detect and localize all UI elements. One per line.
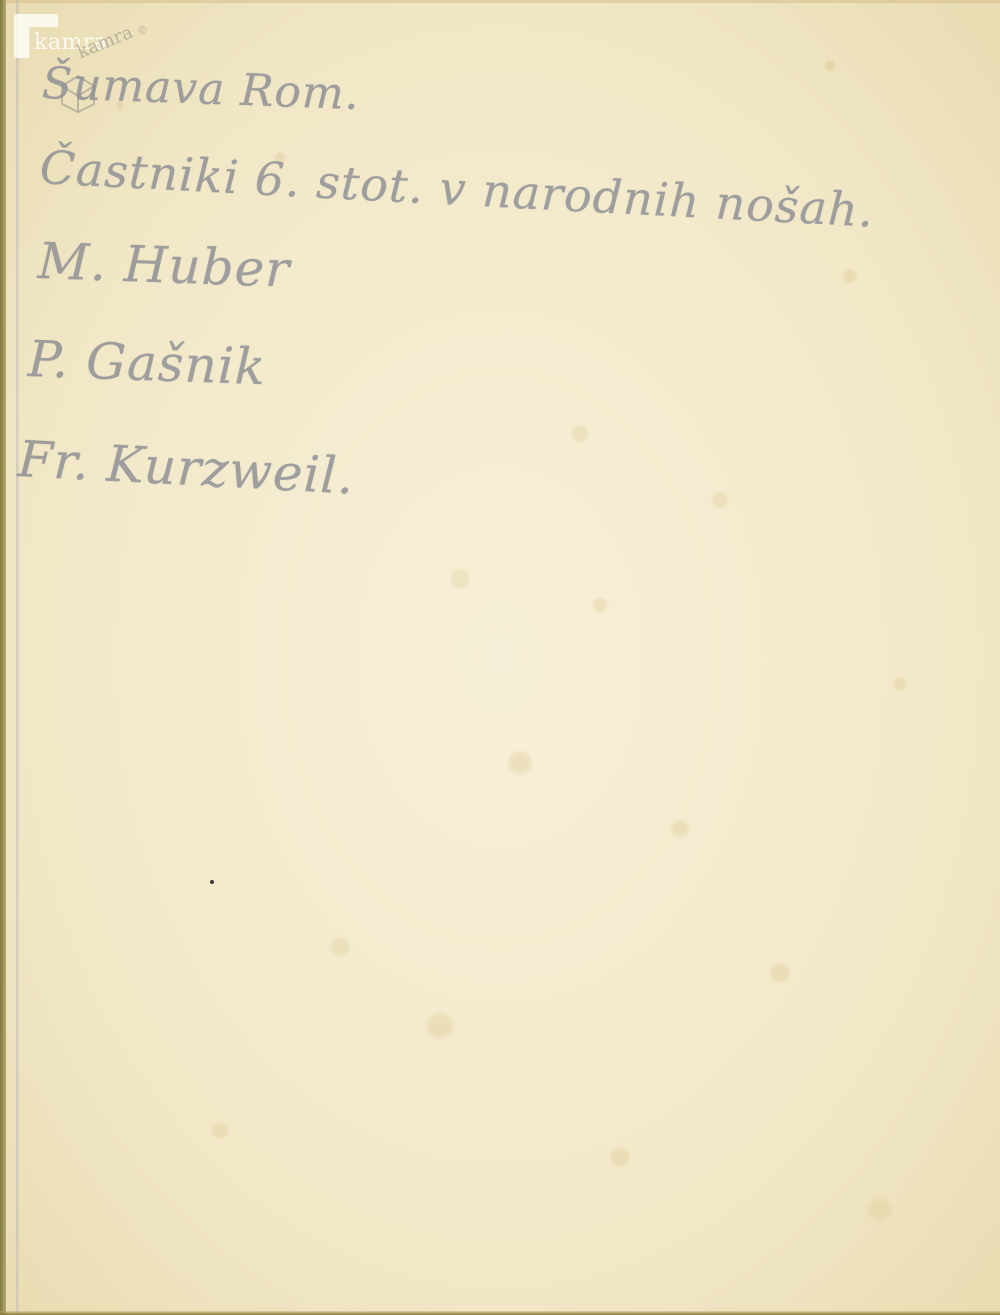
handwritten-line-caption: Častniki 6. stot. v narodnih nošah.	[39, 140, 876, 238]
kamra-logo-icon	[14, 14, 58, 58]
handwritten-line-name-3: Fr. Kurzweil.	[16, 430, 355, 506]
handwritten-line-name-1: M. Huber	[37, 232, 291, 299]
page-fold-line	[16, 0, 19, 1315]
page-spine-edge	[0, 0, 6, 1315]
page-bottom-edge	[0, 1311, 1000, 1315]
handwritten-line-name-2: P. Gašnik	[27, 330, 267, 396]
document-page: kamra kamra © Šumava Rom. Častniki 6. st…	[0, 0, 1000, 1315]
handwritten-line-title: Šumava Rom.	[41, 58, 360, 120]
page-top-edge	[0, 0, 1000, 3]
paper-speck	[210, 880, 214, 884]
watermark-text-overlay: kamra	[74, 22, 136, 63]
copyright-icon: ©	[137, 24, 148, 37]
watermark-text: kamra	[34, 30, 107, 55]
